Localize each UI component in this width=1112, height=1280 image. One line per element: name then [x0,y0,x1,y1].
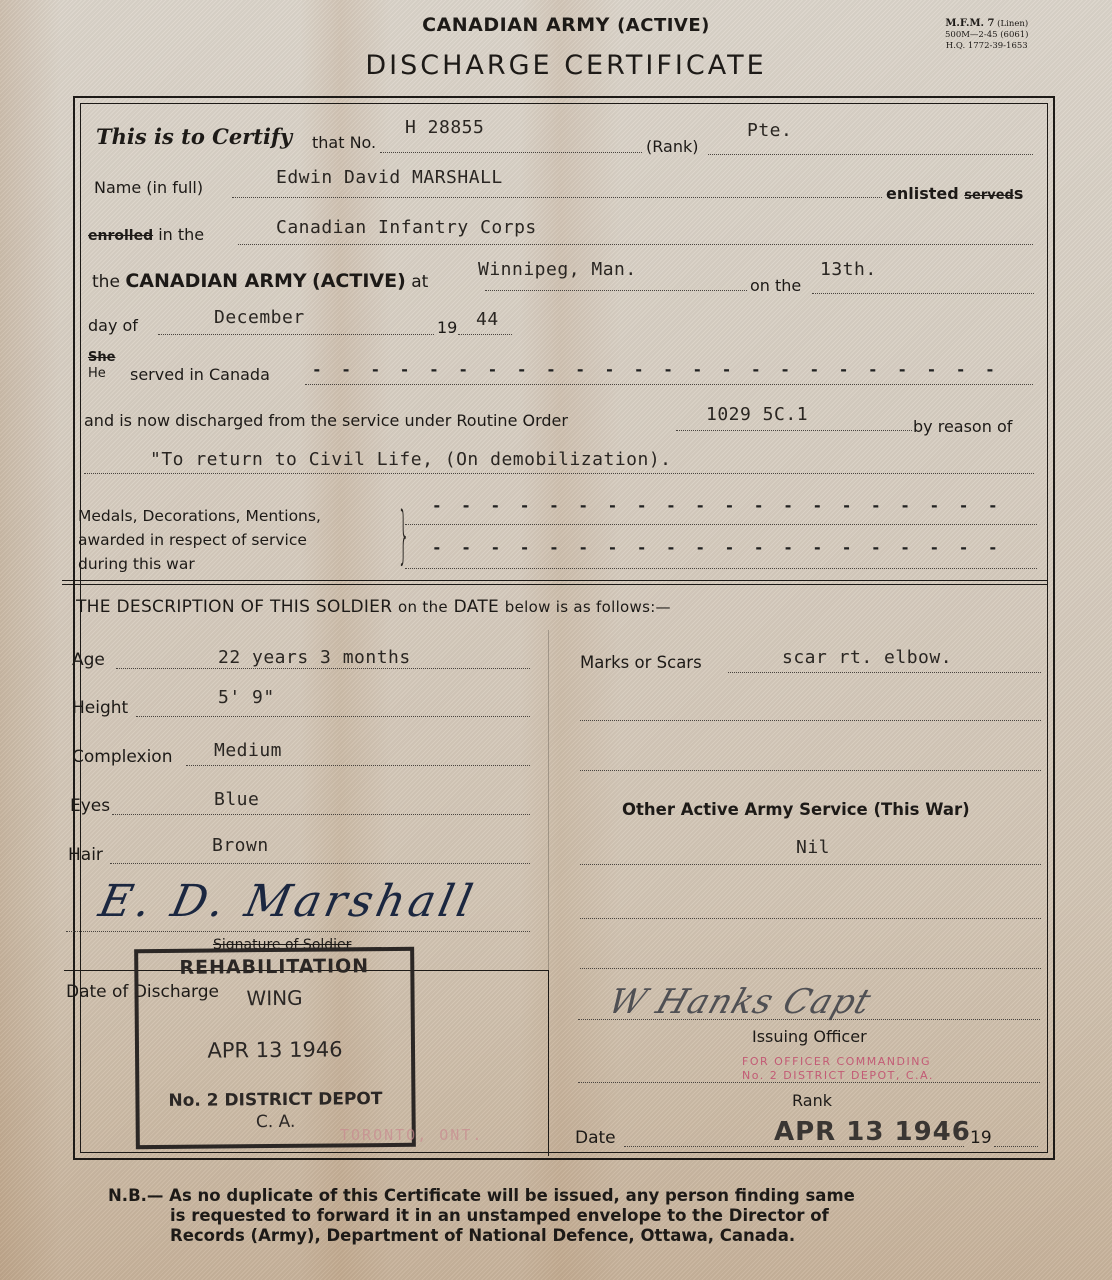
enlisted-label: enlisted serveds [886,184,1023,203]
section-divider [62,580,1048,585]
date-label: Date [575,1128,616,1148]
number-label: that No. [312,133,376,152]
marks-label: Marks or Scars [580,653,702,672]
nb-prefix: N.B.— [108,1186,163,1205]
description-heading-caps: THE DESCRIPTION OF THIS SOLDIER [76,597,392,617]
discharge-reason: "To return to Civil Life, (On demobiliza… [150,449,672,470]
eyes-line [112,814,530,815]
nb-line2: is requested to forward it in an unstamp… [108,1206,938,1226]
army-heading-paren: (ACTIVE) [617,15,710,36]
form-material: (Linen) [997,19,1028,29]
officer-stamp-line2: No. 2 DISTRICT DEPOT, C.A. [742,1069,934,1083]
routine-order-line [676,430,912,431]
enlistment-month: December [214,307,305,328]
date-stamp: APR 13 1946 [774,1117,971,1147]
medals-label-line2: awarded in respect of service [78,528,321,552]
enlistment-day: 13th. [820,259,877,280]
description-heading: THE DESCRIPTION OF THIS SOLDIER on the D… [76,597,671,617]
rank-signature-line [578,1082,1040,1083]
marks-line3 [580,770,1041,771]
height-value: 5' 9" [218,687,275,708]
army-prefix: the [92,272,120,292]
eyes-value: Blue [214,789,259,810]
marks-line [728,672,1041,673]
signature-line [66,931,530,932]
date-year-line [994,1146,1038,1147]
in-the-label: in the [158,225,204,244]
rank-value: Pte. [747,120,792,141]
at-label: at [411,272,428,292]
age-value: 22 years 3 months [218,647,411,668]
other-service-value: Nil [796,837,830,858]
corps-line [238,244,1033,245]
age-label: Age [72,650,105,670]
pronoun-choice: She He [88,350,115,382]
rank-caption: Rank [792,1091,832,1110]
year-line [458,334,512,335]
army-line-label: the CANADIAN ARMY (ACTIVE) at [92,270,428,292]
pronoun: He [88,366,115,382]
eyes-label: Eyes [70,796,110,816]
enlisted-word: enlisted [886,184,959,203]
other-service-line2 [580,918,1041,919]
other-service-line1 [580,864,1041,865]
description-heading-tail: below is as follows:— [505,598,671,616]
age-line [116,668,530,669]
hair-line [110,863,530,864]
description-heading-date: DATE [454,597,499,617]
discharged-label: and is now discharged from the service u… [84,411,568,430]
hair-value: Brown [212,835,269,856]
hair-label: Hair [68,845,103,865]
medals-value-line2: - - - - - - - - - - - - - - - - - - - - [432,538,1003,557]
medals-value-line1: - - - - - - - - - - - - - - - - - - - - [432,496,1003,515]
army-paren: (ACTIVE) [312,270,406,292]
served-value: - - - - - - - - - - - - - - - - - - - - … [312,360,1000,379]
stamp-line1: REHABILITATION [138,955,410,979]
height-line [136,716,530,717]
form-print-run: 500M—2-45 (6061) [945,30,1029,41]
name-line [232,197,882,198]
officer-commanding-stamp: FOR OFFICER COMMANDING No. 2 DISTRICT DE… [742,1055,934,1083]
red-overprint: TORONTO, ONT. [340,1126,483,1144]
other-service-label: Other Active Army Service (This War) [622,800,970,819]
day-of-label: day of [88,316,138,335]
description-heading-mid: on the [398,598,448,616]
height-label: Height [72,698,128,718]
reason-line [84,473,1034,474]
complexion-line [186,765,530,766]
enrolled-label: enrolled in the [88,225,204,244]
pronoun-struck: She [88,350,115,366]
stamp-line3: No. 2 DISTRICT DEPOT [139,1089,411,1111]
served-label: served in Canada [130,365,270,384]
officer-signature: W Hanks Capt [604,982,877,1022]
reason-label: by reason of [913,417,1012,436]
struck-word: served [964,188,1014,203]
enlisted-tail: s [1014,184,1024,203]
medals-line1 [405,524,1037,525]
date-year-prefix: 19 [970,1128,992,1148]
corps-value: Canadian Infantry Corps [276,217,537,238]
form-number: M.F.M. 7 (Linen) 500M—2-45 (6061) H.Q. 1… [945,18,1029,52]
army-heading-main: CANADIAN ARMY [422,14,610,36]
year-prefix: 19 [437,318,457,337]
column-divider [548,630,549,970]
enrolled-struck: enrolled [88,228,153,244]
marks-line2 [580,720,1041,721]
brace-icon: } [398,500,410,570]
place-line [485,290,747,291]
certify-lead: This is to Certify [96,124,292,149]
enlistment-year: 44 [476,309,499,330]
number-line [380,152,642,153]
nb-line1: As no duplicate of this Certificate will… [169,1186,855,1205]
medals-line2 [405,568,1037,569]
rank-label: (Rank) [646,137,698,156]
discharge-box-right [548,970,549,1156]
enlistment-place: Winnipeg, Man. [478,259,637,280]
stamp-date: APR 13 1946 [139,1037,411,1063]
officer-signature-line [578,1019,1040,1020]
form-code: M.F.M. 7 [945,18,994,29]
rehabilitation-stamp: REHABILITATION WING APR 13 1946 No. 2 DI… [134,947,416,1149]
routine-order: 1029 5C.1 [706,404,808,425]
name-label: Name (in full) [94,178,203,197]
officer-stamp-line1: FOR OFFICER COMMANDING [742,1055,934,1069]
army-name: CANADIAN ARMY [125,270,306,292]
nb-note: N.B.— As no duplicate of this Certificat… [108,1186,938,1246]
marks-value: scar rt. elbow. [782,647,952,668]
document-title: DISCHARGE CERTIFICATE [0,50,1112,81]
issuing-officer-caption: Issuing Officer [752,1027,867,1046]
month-line [158,334,434,335]
rank-line [708,154,1033,155]
medals-label: Medals, Decorations, Mentions, awarded i… [78,504,321,576]
complexion-label: Complexion [72,747,172,767]
soldier-signature: E. D. Marshall [95,876,481,927]
medals-label-line1: Medals, Decorations, Mentions, [78,504,321,528]
form-hq-ref: H.Q. 1772-39-1653 [945,41,1029,52]
service-number: H 28855 [405,117,484,138]
complexion-value: Medium [214,740,282,761]
other-service-line3 [580,968,1041,969]
full-name: Edwin David MARSHALL [276,167,503,188]
day-line [812,293,1034,294]
stamp-line2: WING [138,985,410,1011]
served-line [305,384,1033,385]
medals-label-line3: during this war [78,552,321,576]
on-the-label: on the [750,276,801,295]
nb-line3: Records (Army), Department of National D… [108,1226,938,1246]
